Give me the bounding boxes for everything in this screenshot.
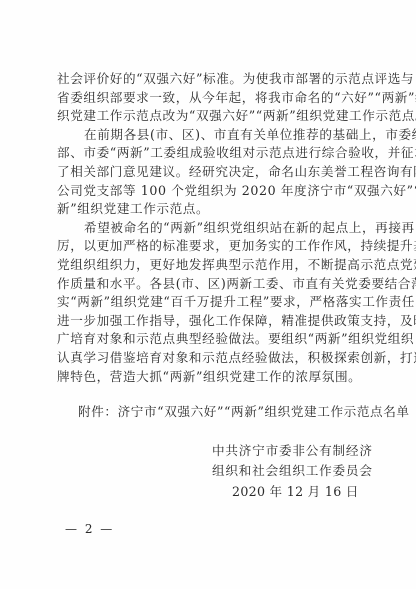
page-number: — 2 — [65,521,114,537]
body-line: 新”组织党建工作示范点。 [57,200,363,218]
signature-date: 2020 年 12 月 16 日 [232,483,359,501]
body-line: 进一步加强工作指导，强化工作保障，精准提供政策支持，及时推 [57,312,363,330]
body-line: 公司党支部等 100 个党组织为 2020 年度济宁市“双强六好”“两 [57,182,363,200]
body-line: 牌特色，营造大抓“两新”组织党建工作的浓厚氛围。 [57,368,363,386]
body-line: 织党建工作示范点改为“双强六好”“两新”组织党建工作示范点。 [57,107,363,125]
body-line: 认真学习借鉴培育对象和示范点经验做法，积极探索创新，打造品 [57,349,363,367]
body-line: 在前期各县(市、区)、市直有关单位推荐的基础上，市委组织 [84,126,363,144]
body-line: 希望被命名的“两新”组织党组织站在新的起点上，再接再 [84,219,363,237]
body-line: 党组织组织力，更好地发挥典型示范作用，不断提高示范点党建工 [57,256,363,274]
body-line: 部、市委“两新”工委组成验收组对示范点进行综合验收，并征求 [57,144,363,162]
body-line: 实“两新”组织党建“百千万提升工程”要求，严格落实工作责任， [57,293,363,311]
body-line: 社会评价好的“双强六好”标准。为使我市部署的示范点评选与 [57,70,363,88]
body-line: 广培育对象和示范点典型经验做法。要组织“两新”组织党组织 [57,330,363,348]
body-line: 厉，以更加严格的标准要求，更加务实的工作作风，持续提升基层 [57,237,363,255]
signature-org-line2: 组织和社会组织工作委员会 [212,462,373,480]
document-page: 社会评价好的“双强六好”标准。为使我市部署的示范点评选与省委组织部要求一致，从今… [0,0,416,589]
body-line: 了相关部门意见建议。经研究决定，命名山东美誉工程咨询有限 [57,163,363,181]
body-line: 作质量和水平。各县(市、区)两新工委、市直有关党委要结合落 [57,275,363,293]
body-line: 省委组织部要求一致，从今年起，将我市命名的“六好”“两新”组 [57,89,363,107]
signature-org-line1: 中共济宁市委非公有制经济 [212,442,373,460]
attachment-note: 附件：济宁市“双强六好”“两新”组织党建工作示范点名单 [78,403,410,421]
